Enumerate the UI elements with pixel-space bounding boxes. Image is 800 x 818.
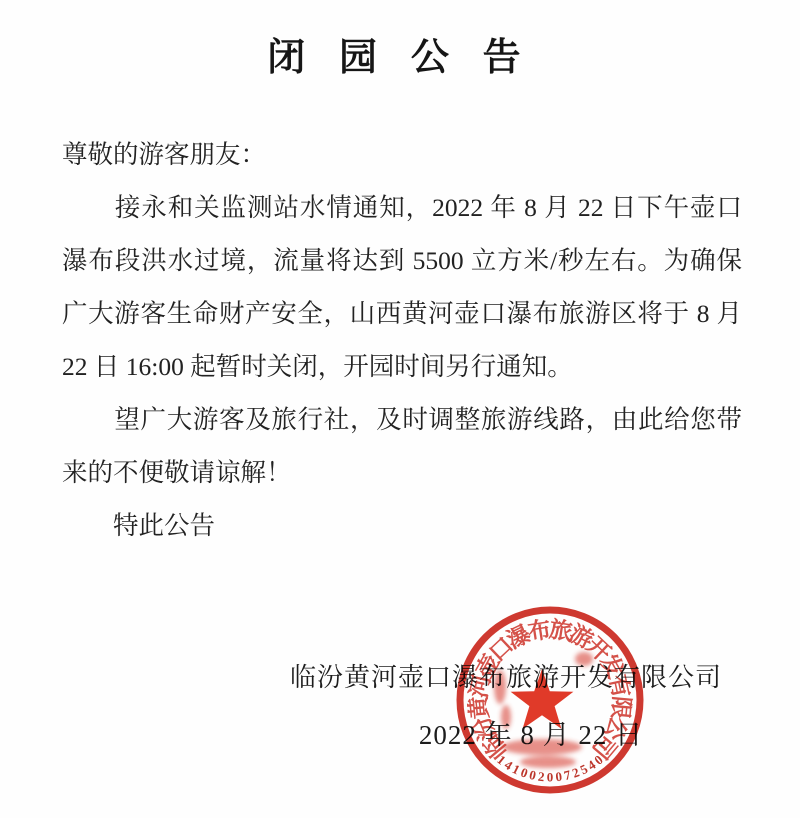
svg-text:1: 1 <box>510 761 522 777</box>
seal-number: 1410020072540 <box>494 752 605 785</box>
official-seal: 临汾黄河壶口瀑布旅游开发有限公司 1410020072540 <box>430 581 670 818</box>
notice-body: 尊敬的游客朋友： 接永和关监测站水情通知，2022 年 8 月 22 日下午壶口… <box>62 128 742 552</box>
svg-text:1: 1 <box>494 752 508 768</box>
notice-line: 望广大游客及旅行社，及时调整旅游线路，由此给您带 <box>62 393 742 446</box>
notice-line: 广大游客生命财产安全，山西黄河壶口瀑布旅游区将于 8 月 <box>62 287 742 340</box>
notice-paragraphs: 接永和关监测站水情通知，2022 年 8 月 22 日下午壶口瀑布段洪水过境，流… <box>62 181 742 552</box>
svg-text:瀑: 瀑 <box>503 620 535 653</box>
svg-text:游: 游 <box>565 620 597 653</box>
signature-company: 临汾黄河壶口瀑布旅游开发有限公司 <box>290 657 722 694</box>
svg-text:2: 2 <box>537 769 545 785</box>
svg-text:4: 4 <box>502 757 516 773</box>
notice-title: 闭 园 公 告 <box>0 26 800 81</box>
notice-line: 22 日 16:00 起暂时关闭，开园时间另行通知。 <box>62 340 742 393</box>
svg-text:4: 4 <box>585 757 599 773</box>
svg-text:布: 布 <box>526 616 553 645</box>
seal-circle <box>460 610 640 790</box>
svg-text:0: 0 <box>519 764 530 780</box>
svg-text:5: 5 <box>578 761 591 778</box>
notice-line: 瀑布段洪水过境，流量将达到 5500 立方米/秒左右。为确保 <box>62 234 742 287</box>
salutation: 尊敬的游客朋友： <box>62 128 742 181</box>
signature-date: 2022 年 8 月 22 日 <box>419 713 643 752</box>
svg-text:0: 0 <box>591 752 605 768</box>
notice-line: 来的不便敬请谅解！ <box>62 446 742 499</box>
svg-text:2: 2 <box>570 764 581 780</box>
closure-notice-document: 闭 园 公 告 尊敬的游客朋友： 接永和关监测站水情通知，2022 年 8 月 … <box>0 0 800 818</box>
svg-text:0: 0 <box>555 769 563 785</box>
svg-text:7: 7 <box>562 767 572 783</box>
svg-text:0: 0 <box>547 770 554 785</box>
svg-text:0: 0 <box>528 767 538 783</box>
notice-line: 接永和关监测站水情通知，2022 年 8 月 22 日下午壶口 <box>62 181 742 234</box>
notice-line: 特此公告 <box>62 499 742 552</box>
svg-text:旅: 旅 <box>547 617 574 645</box>
